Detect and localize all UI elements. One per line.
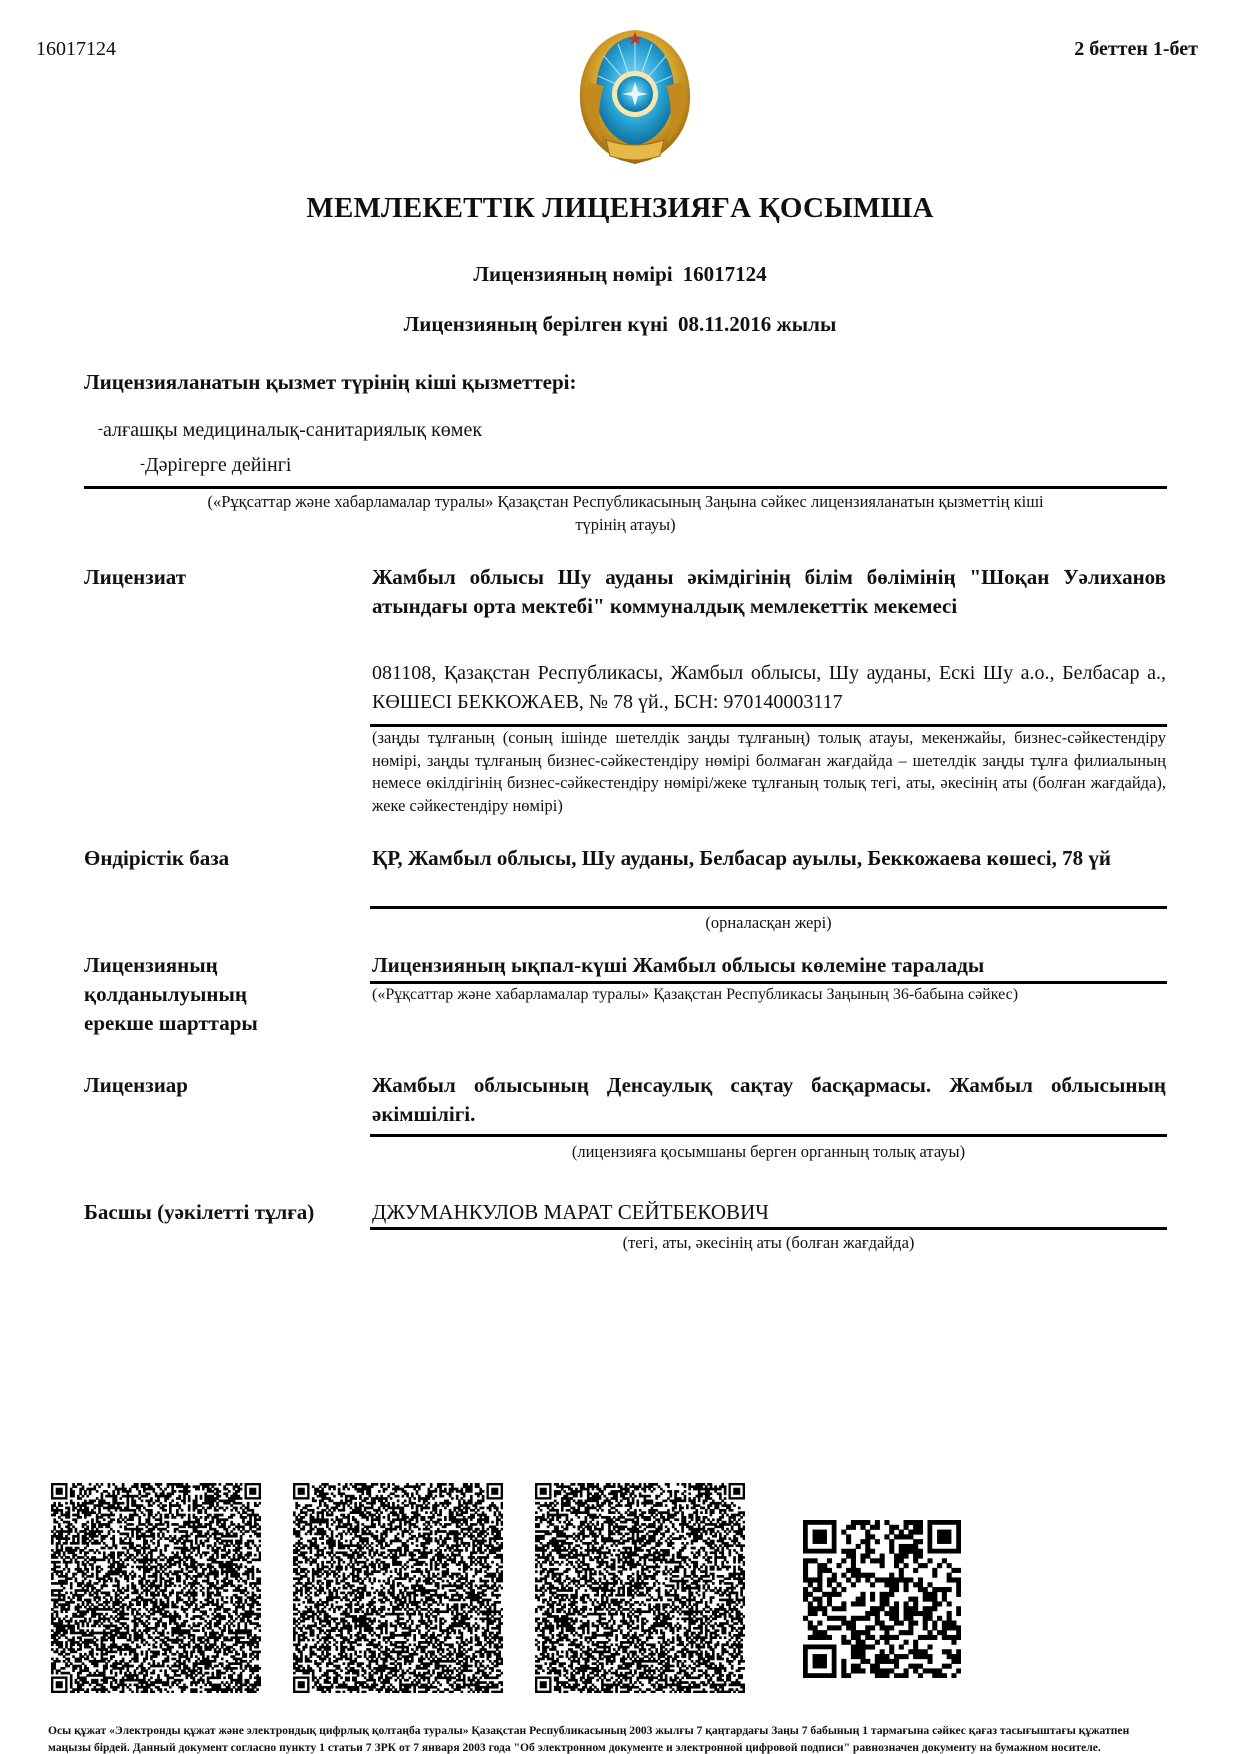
- licensor-label: Лицензиар: [84, 1071, 188, 1099]
- signature-qr-3-icon: [535, 1483, 745, 1693]
- verification-qr-icon: [803, 1520, 961, 1678]
- state-emblem-icon: [568, 22, 702, 172]
- document-number: 16017124: [36, 38, 116, 61]
- page-indicator: 2 беттен 1-бет: [1074, 38, 1198, 61]
- signature-qr-2-icon: [293, 1483, 503, 1693]
- subservice-item: -Дәрігерге дейінгі: [140, 454, 291, 477]
- divider-line: [370, 906, 1167, 909]
- license-number-value: 16017124: [683, 262, 767, 286]
- subservices-note: («Рұқсаттар және хабарламалар туралы» Қа…: [84, 490, 1167, 536]
- special-conditions-label: Лицензияның қолданылуының ерекше шарттар…: [84, 951, 258, 1038]
- signature-qr-1-icon: [51, 1483, 261, 1693]
- license-number-label: Лицензияның нөмірі: [473, 262, 672, 286]
- production-base-note: (орналасқан жері): [370, 911, 1167, 934]
- footer-legal-note: Осы құжат «Электронды құжат және электро…: [48, 1722, 1213, 1754]
- divider-line: [370, 1227, 1167, 1230]
- license-number-row: Лицензияның нөмірі16017124: [0, 262, 1240, 287]
- production-base-label: Өндірістік база: [84, 844, 229, 872]
- divider-line: [84, 486, 1167, 489]
- subservice-item: -алғашқы медициналық-санитариялық көмек: [98, 419, 482, 442]
- special-conditions-value: Лицензияның ықпал-күші Жамбыл облысы көл…: [372, 951, 1166, 980]
- licensee-name: Жамбыл облысы Шу ауданы әкімдігінің білі…: [372, 563, 1166, 620]
- licensee-address: 081108, Қазақстан Республикасы, Жамбыл о…: [372, 659, 1166, 716]
- licensor-value: Жамбыл облысының Денсаулық сақтау басқар…: [372, 1071, 1166, 1128]
- license-date-row: Лицензияның берілген күні08.11.2016 жылы: [0, 312, 1240, 337]
- production-base-value: ҚР, Жамбыл облысы, Шу ауданы, Белбасар а…: [372, 844, 1166, 873]
- head-value: ДЖУМАНКУЛОВ МАРАТ СЕЙТБЕКОВИЧ: [372, 1198, 769, 1226]
- licensee-label: Лицензиат: [84, 563, 186, 591]
- licensee-note: (заңды тұлғаның (соның ішінде шетелдік з…: [372, 727, 1166, 817]
- license-date-label: Лицензияның берілген күні: [404, 312, 668, 336]
- head-label: Басшы (уәкілетті тұлға): [84, 1198, 314, 1226]
- divider-line: [370, 1134, 1167, 1137]
- page-title: МЕМЛЕКЕТТІК ЛИЦЕНЗИЯҒА ҚОСЫМША: [0, 192, 1240, 225]
- head-note: (тегі, аты, әкесінің аты (болған жағдайд…: [370, 1231, 1167, 1254]
- license-date-value: 08.11.2016 жылы: [678, 312, 836, 336]
- special-conditions-note: («Рұқсаттар және хабарламалар туралы» Қа…: [372, 984, 1166, 1007]
- licensor-note: (лицензияға қосымшаны берген органның то…: [370, 1140, 1167, 1163]
- subservices-heading: Лицензияланатын қызмет түрінің кіші қызм…: [84, 370, 576, 395]
